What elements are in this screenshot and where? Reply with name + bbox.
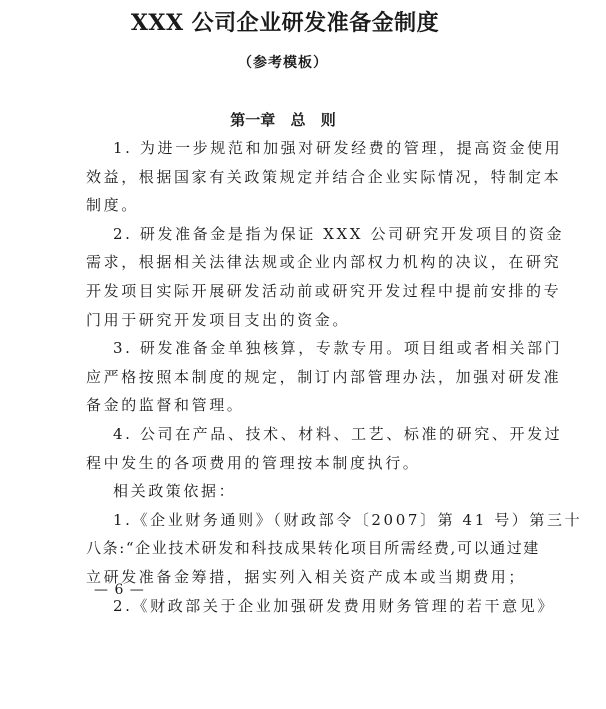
- paragraph-line: 程中发生的各项费用的管理按本制度执行。: [86, 449, 486, 478]
- paragraph-line: 2. 研发准备金是指为保证 XXX 公司研究开发项目的资金: [86, 220, 486, 249]
- paragraph-line: 应严格按照本制度的规定，制订内部管理办法，加强对研发准: [86, 363, 486, 392]
- paragraph-line: 制度。: [86, 191, 486, 220]
- page-number: — 6 —: [94, 582, 145, 598]
- document-title: XXX 公司企业研发准备金制度: [0, 6, 570, 37]
- paragraph-line: 4. 公司在产品、技术、材料、工艺、标准的研究、开发过: [86, 420, 486, 449]
- document-subtitle: （参考模板）: [0, 52, 566, 72]
- paragraph-line: 1.《企业财务通则》（财政部令〔2007〕第 41 号）第三十: [86, 506, 486, 535]
- paragraph-line: 门用于研究开发项目支出的资金。: [86, 306, 486, 335]
- document-body: 1. 为进一步规范和加强对研发经费的管理，提高资金使用 效益，根据国家有关政策规…: [86, 134, 486, 620]
- paragraph-line: 2.《财政部关于企业加强研发费用财务管理的若干意见》: [86, 592, 486, 621]
- paragraph-line: 立研发准备金筹措，据实列入相关资产成本或当期费用；: [86, 563, 486, 592]
- paragraph-line: 开发项目实际开展研发活动前或研究开发过程中提前安排的专: [86, 277, 486, 306]
- paragraph-line: 1. 为进一步规范和加强对研发经费的管理，提高资金使用: [86, 134, 486, 163]
- policy-basis-heading: 相关政策依据：: [86, 477, 486, 506]
- paragraph-line: 3. 研发准备金单独核算，专款专用。项目组或者相关部门: [86, 334, 486, 363]
- paragraph-line: 备金的监督和管理。: [86, 391, 486, 420]
- paragraph-line: 需求，根据相关法律法规或企业内部权力机构的决议，在研究: [86, 248, 486, 277]
- paragraph-line: 八条:“企业技术研发和科技成果转化项目所需经费,可以通过建: [86, 534, 486, 563]
- paragraph-line: 效益，根据国家有关政策规定并结合企业实际情况，特制定本: [86, 163, 486, 192]
- chapter-heading: 第一章 总 则: [0, 109, 566, 130]
